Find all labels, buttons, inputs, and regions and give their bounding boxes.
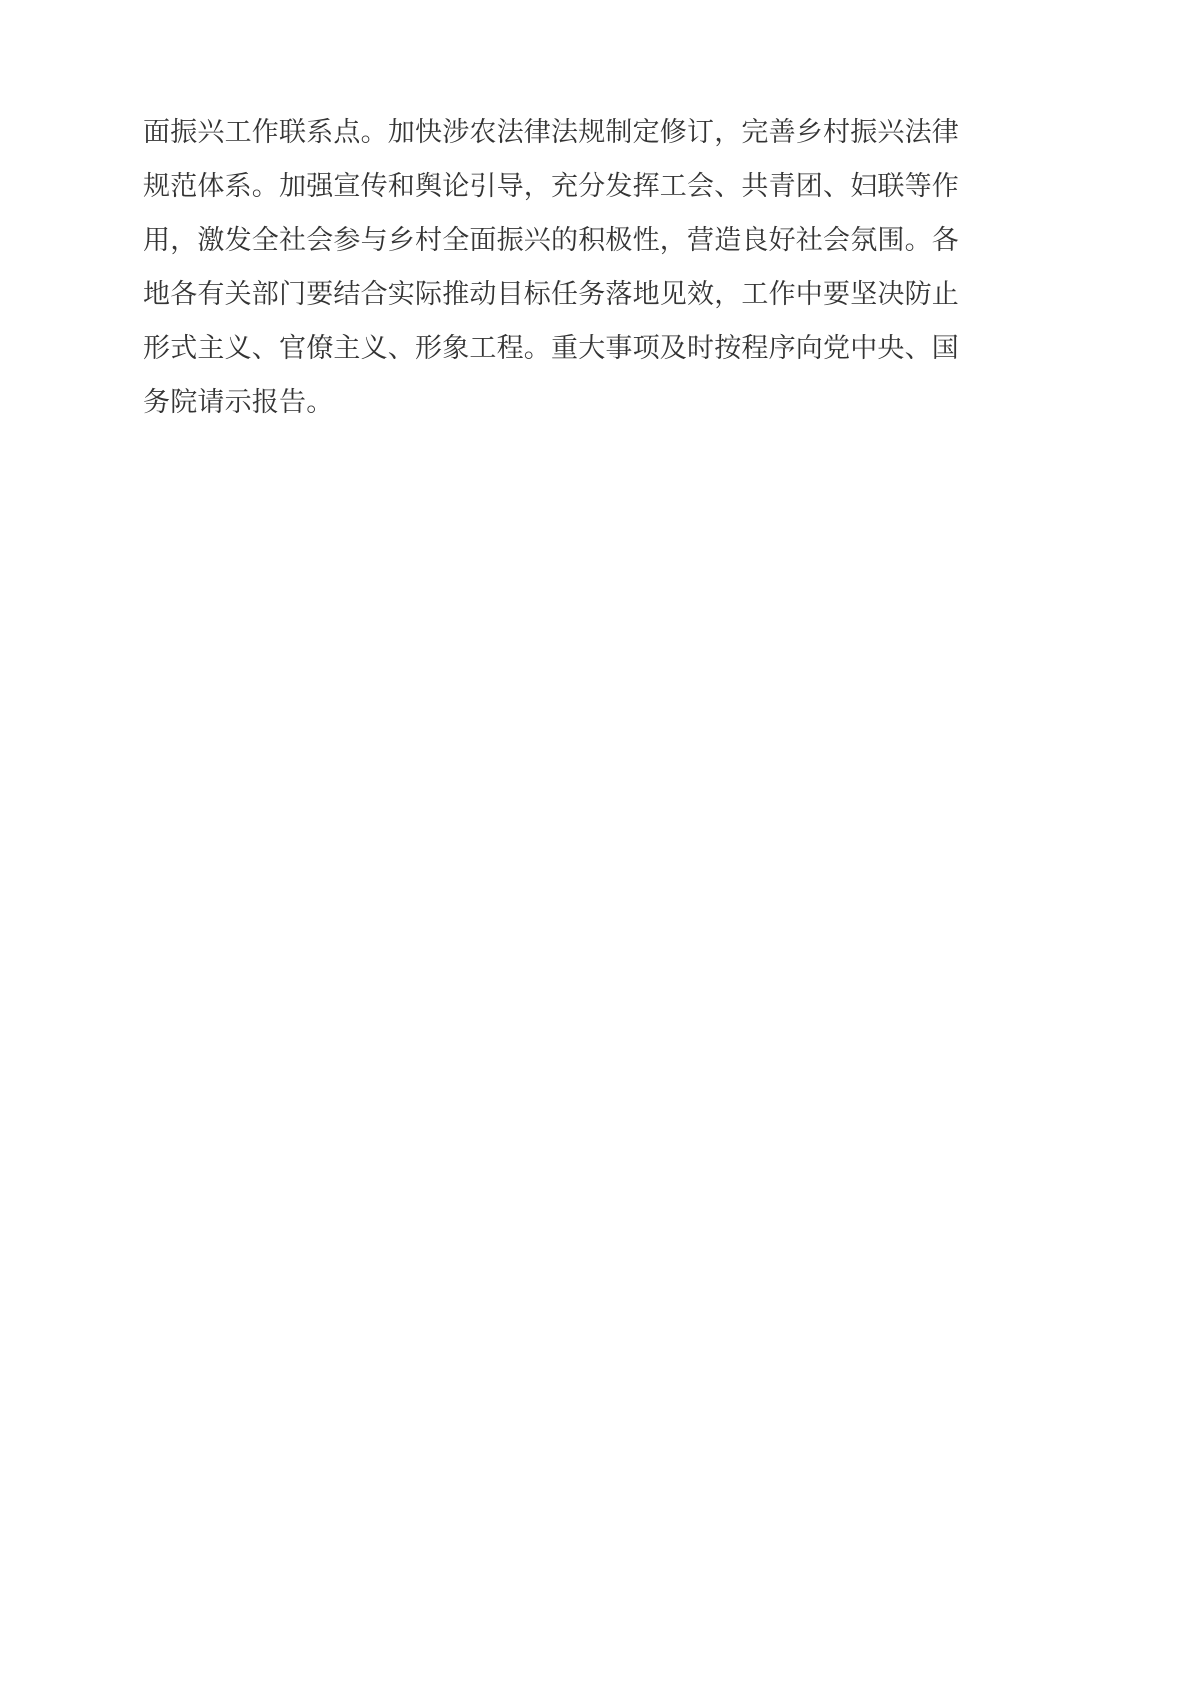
text-line: 地各有关部门要结合实际推动目标任务落地见效，工作中要坚决防止	[143, 274, 973, 328]
text-line: 形式主义、官僚主义、形象工程。重大事项及时按程序向党中央、国	[143, 328, 973, 382]
document-page: 面振兴工作联系点。加快涉农法律法规制定修订，完善乡村振兴法律 规范体系。加强宣传…	[0, 0, 1200, 1698]
text-line: 用，激发全社会参与乡村全面振兴的积极性，营造良好社会氛围。各	[143, 220, 973, 274]
text-line: 面振兴工作联系点。加快涉农法律法规制定修订，完善乡村振兴法律	[143, 112, 973, 166]
body-paragraph: 面振兴工作联系点。加快涉农法律法规制定修订，完善乡村振兴法律 规范体系。加强宣传…	[143, 112, 973, 436]
text-line: 规范体系。加强宣传和舆论引导，充分发挥工会、共青团、妇联等作	[143, 166, 973, 220]
text-line: 务院请示报告。	[143, 382, 973, 436]
